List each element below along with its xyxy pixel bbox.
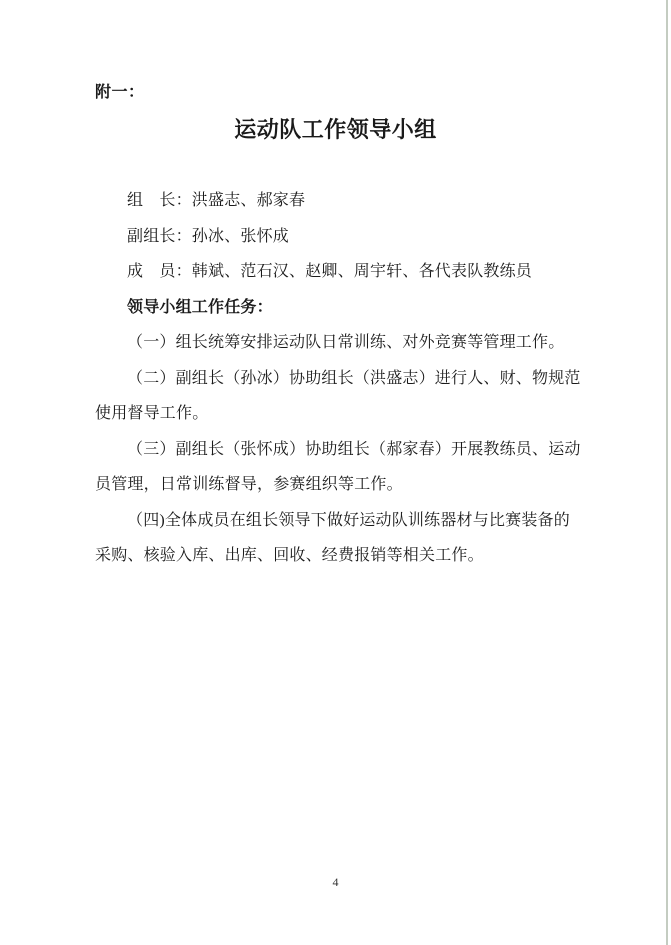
- body-line: （二）副组长（孙冰）协助组长（洪盛志）进行人、财、物规范: [95, 361, 579, 397]
- body-line: 副组长：孙冰、张怀成: [95, 219, 579, 255]
- body-line: 采购、核验入库、出库、回收、经费报销等相关工作。: [95, 538, 579, 574]
- page-edge-line: [666, 0, 668, 945]
- document-title: 运动队工作领导小组: [0, 115, 671, 145]
- document-body: 组 长：洪盛志、郝家春副组长：孙冰、张怀成成 员：韩斌、范石汉、赵卿、周宇轩、各…: [95, 183, 579, 574]
- document-page: 附一： 运动队工作领导小组 组 长：洪盛志、郝家春副组长：孙冰、张怀成成 员：韩…: [0, 0, 671, 945]
- body-line: 成 员：韩斌、范石汉、赵卿、周宇轩、各代表队教练员: [95, 254, 579, 290]
- body-line: （四)全体成员在组长领导下做好运动队训练器材与比赛装备的: [95, 503, 579, 539]
- body-line: （一）组长统筹安排运动队日常训练、对外竞赛等管理工作。: [95, 325, 579, 361]
- body-line: 领导小组工作任务：: [95, 290, 579, 326]
- attachment-label: 附一：: [95, 82, 145, 104]
- page-number: 4: [0, 874, 671, 890]
- body-line: 员管理，日常训练督导，参赛组织等工作。: [95, 467, 579, 503]
- body-line: 组 长：洪盛志、郝家春: [95, 183, 579, 219]
- body-line: 使用督导工作。: [95, 396, 579, 432]
- body-line: （三）副组长（张怀成）协助组长（郝家春）开展教练员、运动: [95, 432, 579, 468]
